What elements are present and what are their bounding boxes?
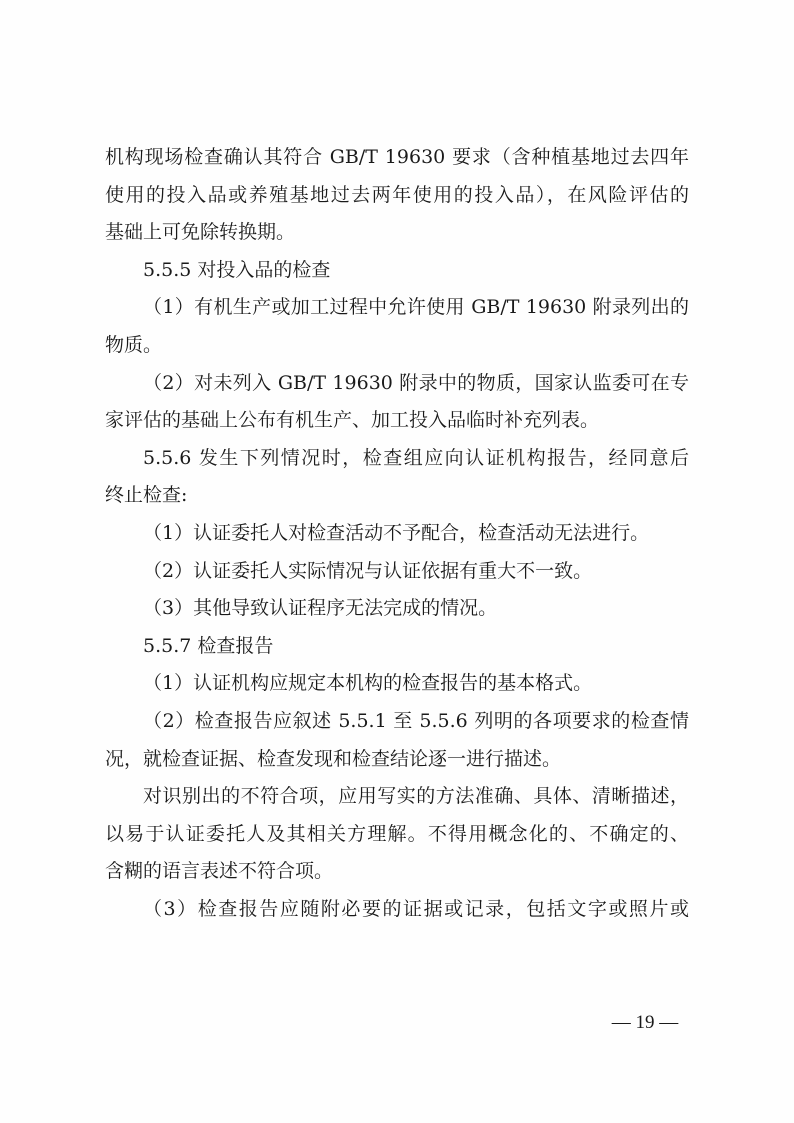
text-line: 使用的投入品或养殖基地过去两年使用的投入品），在风险评估的	[105, 177, 689, 215]
text-line: 机构现场检查确认其符合 GB/T 19630 要求（含种植基地过去四年	[105, 139, 689, 177]
list-item: （1）认证委托人对检查活动不予配合，检查活动无法进行。	[105, 515, 689, 553]
body-text: 机构现场检查确认其符合 GB/T 19630 要求（含种植基地过去四年 使用的投…	[105, 139, 689, 928]
section-heading-5-5-5: 5.5.5 对投入品的检查	[105, 252, 689, 290]
text-line: 家评估的基础上公布有机生产、加工投入品临时补充列表。	[105, 402, 689, 440]
list-item: （2）认证委托人实际情况与认证依据有重大不一致。	[105, 553, 689, 591]
text-line: （2）对未列入 GB/T 19630 附录中的物质，国家认监委可在专	[105, 365, 689, 403]
list-item: （3）检查报告应随附必要的证据或记录，包括文字或照片或	[105, 891, 689, 929]
text-line: 况，就检查证据、检查发现和检查结论逐一进行描述。	[105, 741, 689, 779]
document-page: 机构现场检查确认其符合 GB/T 19630 要求（含种植基地过去四年 使用的投…	[0, 0, 794, 1123]
list-item: （1）认证机构应规定本机构的检查报告的基本格式。	[105, 665, 689, 703]
text-line: （1）有机生产或加工过程中允许使用 GB/T 19630 附录列出的	[105, 289, 689, 327]
text-line: 对识别出的不符合项，应用写实的方法准确、具体、清晰描述，	[105, 778, 689, 816]
text-line: 含糊的语言表述不符合项。	[105, 853, 689, 891]
text-line: 基础上可免除转换期。	[105, 214, 689, 252]
text-line: 物质。	[105, 327, 689, 365]
list-item: （2）检查报告应叙述 5.5.1 至 5.5.6 列明的各项要求的检查情	[105, 703, 689, 741]
text-line: 以易于认证委托人及其相关方理解。不得用概念化的、不确定的、	[105, 816, 689, 854]
page-number: — 19 —	[600, 1012, 690, 1034]
section-heading-5-5-6: 5.5.6 发生下列情况时，检查组应向认证机构报告，经同意后	[105, 440, 689, 478]
section-heading-5-5-7: 5.5.7 检查报告	[105, 628, 689, 666]
text-line: 终止检查:	[105, 477, 689, 515]
list-item: （3）其他导致认证程序无法完成的情况。	[105, 590, 689, 628]
